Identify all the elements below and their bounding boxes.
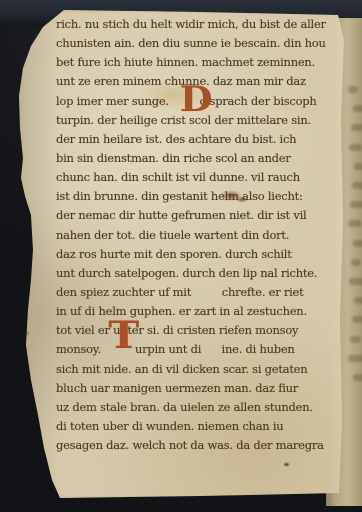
text-line: in uf di helm guphen. er zart in al zest… xyxy=(56,302,328,321)
text-line: der nemac dir hutte gefrumen niet. dir i… xyxy=(56,206,328,225)
rubric-initial-T: T xyxy=(108,317,139,354)
facing-page-text-fragment xyxy=(349,144,362,151)
text-line: chunc han. din schilt ist vil dunne. vil… xyxy=(56,168,328,187)
facing-page-text-fragment xyxy=(349,278,362,285)
facing-page-text-fragment xyxy=(354,163,362,170)
facing-page-text-fragment xyxy=(348,355,362,362)
text-line: uz dem stale bran. da uielen ze allen st… xyxy=(56,398,328,417)
text-line: bluch uar manigen uermezen man. daz fiur xyxy=(56,379,328,398)
text-line: nahen der tot. die tiuele wartent din do… xyxy=(56,226,328,245)
text-line: daz ros hurte mit den sporen. durch schi… xyxy=(56,245,328,264)
text-line: tot viel er unter si. di cristen riefen … xyxy=(56,321,328,340)
facing-page-text-fragment xyxy=(352,316,362,323)
text-line: der min heilare ist. des achtare du bist… xyxy=(56,130,328,149)
ink-speck xyxy=(283,462,290,467)
rubric-initial-D: D xyxy=(180,82,213,117)
text-line: rich. nu stich du helt widir mich, du bi… xyxy=(56,15,328,34)
text-line: chunisten ain. den diu sunne ie bescain.… xyxy=(56,34,328,53)
facing-page-text-fragment xyxy=(353,240,362,247)
text-line: sich mit nide. an di vil dicken scar. si… xyxy=(56,360,328,379)
text-line: unt durch satelpogen. durch den lip nal … xyxy=(56,264,328,283)
text-line: monsoy. urpin unt di ine. di huben xyxy=(56,340,328,359)
facing-page-text-fragment xyxy=(351,259,361,266)
facing-page-text-fragment xyxy=(352,182,362,189)
manuscript-photo: rich. nu stich du helt widir mich, du bi… xyxy=(0,0,362,512)
facing-page-text-fragment xyxy=(353,105,362,112)
facing-page-text-fragment xyxy=(350,201,362,208)
facing-page-text-fragment xyxy=(353,374,362,381)
facing-page-text-fragment xyxy=(348,86,358,93)
facing-page-text-fragment xyxy=(354,297,362,304)
text-line: bin sin dienstman. din riche scol an and… xyxy=(56,149,328,168)
facing-page-text-fragment xyxy=(350,336,361,343)
text-line: bet fure ich hiute hinnen. machmet zemin… xyxy=(56,53,328,72)
text-line: di toten uber di wunden. niemen chan iu xyxy=(56,417,328,436)
text-line: ist din brunne. din gestanit helm also l… xyxy=(56,187,328,206)
parchment-page: rich. nu stich du helt widir mich, du bi… xyxy=(0,0,362,512)
facing-page-text-fragment xyxy=(348,220,362,227)
facing-page-text-fragment xyxy=(351,124,362,131)
text-line: gesagen daz. welch not da was. da der ma… xyxy=(56,436,328,455)
text-line: den spiez zuchter uf mit chrefte. er rie… xyxy=(56,283,328,302)
